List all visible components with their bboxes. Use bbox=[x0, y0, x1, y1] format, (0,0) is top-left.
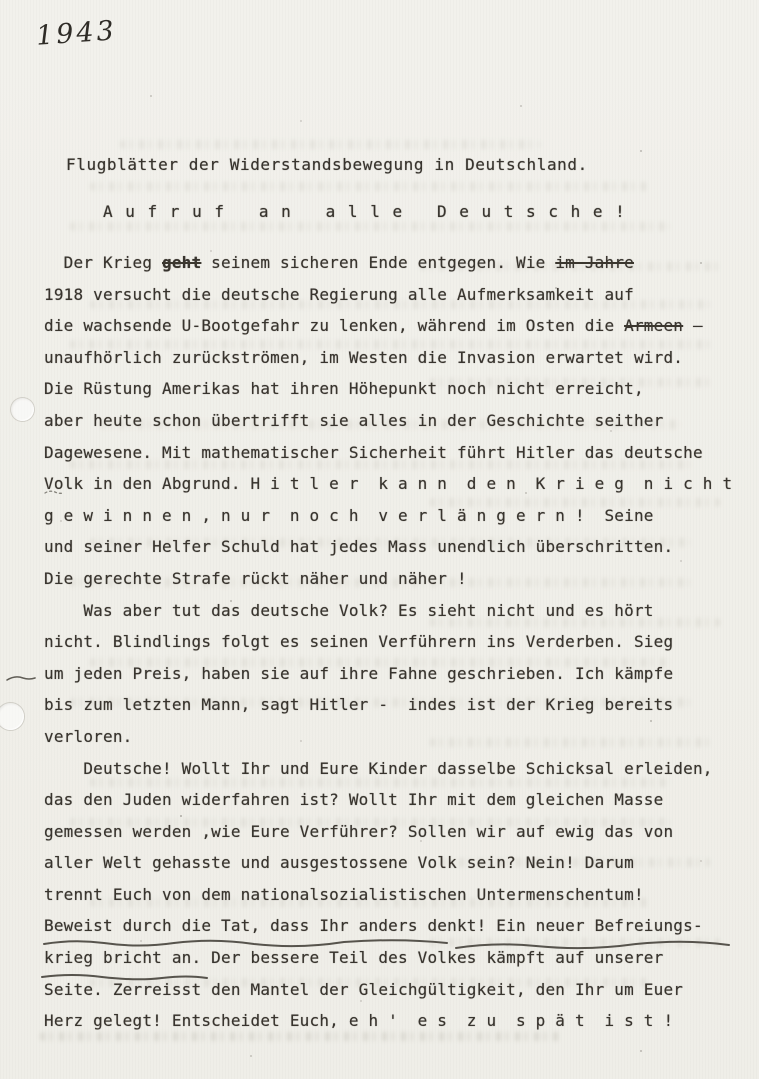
handwritten-year-note: 1943 bbox=[35, 15, 118, 52]
text-segment: gemessen werden ,wie Eure Verführer? Sol… bbox=[44, 822, 673, 841]
paper-speck bbox=[180, 815, 182, 817]
paper-speck bbox=[525, 492, 527, 494]
text-segment: Was aber tut das deutsche Volk? Es sieht… bbox=[44, 601, 654, 620]
document-line: das den Juden widerfahren ist? Wollt Ihr… bbox=[44, 784, 744, 816]
text-segment: Die gerechte Strafe rückt näher und nähe… bbox=[44, 569, 467, 588]
text-segment: und seiner Helfer Schuld hat jedes Mass … bbox=[44, 537, 673, 556]
text-segment: Beweist durch die Tat, dass Ihr anders d… bbox=[44, 916, 703, 935]
document-line: g e w i n n e n , n u r n o c h v e r l … bbox=[44, 500, 744, 532]
document-line: 1918 versucht die deutsche Regierung all… bbox=[44, 279, 744, 311]
document-line: unaufhörlich zurückströmen, im Westen di… bbox=[44, 342, 744, 374]
paper-speck bbox=[360, 1000, 362, 1002]
text-segment: bis zum letzten Mann, sagt Hitler - inde… bbox=[44, 695, 673, 714]
paper-speck bbox=[300, 740, 302, 742]
paper-speck bbox=[700, 262, 702, 264]
text-segment: Deutsche! Wollt Ihr und Eure Kinder dass… bbox=[44, 759, 713, 778]
text-segment: Herz gelegt! Entscheidet Euch, e h ' e s… bbox=[44, 1011, 673, 1030]
document-line: aller Welt gehasste und ausgestossene Vo… bbox=[44, 847, 744, 879]
paper-speck bbox=[700, 860, 702, 862]
paper-speck bbox=[460, 640, 462, 642]
document-line: Deutsche! Wollt Ihr und Eure Kinder dass… bbox=[44, 753, 744, 785]
text-segment: 1918 versucht die deutsche Regierung all… bbox=[44, 285, 634, 304]
text-segment: verloren. bbox=[44, 727, 133, 746]
document-line: und seiner Helfer Schuld hat jedes Mass … bbox=[44, 531, 744, 563]
document-line: Die gerechte Strafe rückt näher und nähe… bbox=[44, 563, 744, 595]
paper-speck bbox=[650, 720, 652, 722]
document-body: Der Krieg geht seinem sicheren Ende entg… bbox=[44, 247, 744, 1037]
bleedthrough-stripe bbox=[120, 140, 540, 149]
paper-speck bbox=[90, 700, 92, 702]
text-segment: Die Rüstung Amerikas hat ihren Höhepunkt… bbox=[44, 379, 644, 398]
scanned-leaflet-page: 1943 Flugblätter der Widerstandsbewegung… bbox=[0, 0, 759, 1079]
text-segment: Seite. Zerreisst den Mantel der Gleichgü… bbox=[44, 980, 683, 999]
paper-speck bbox=[120, 415, 122, 417]
paper-speck bbox=[150, 95, 152, 97]
text-segment: seinem sicheren Ende entgegen. Wie bbox=[201, 253, 555, 272]
document-line: nicht. Blindlings folgt es seinen Verfüh… bbox=[44, 626, 744, 658]
paper-speck bbox=[560, 1020, 562, 1022]
document-line: bis zum letzten Mann, sagt Hitler - inde… bbox=[44, 689, 744, 721]
document-line: krieg bricht an. Der bessere Teil des Vo… bbox=[44, 942, 744, 974]
paper-speck bbox=[420, 840, 422, 842]
text-segment: unaufhörlich zurückströmen, im Westen di… bbox=[44, 348, 683, 367]
text-segment: – bbox=[683, 316, 703, 335]
bleedthrough-stripe bbox=[90, 182, 650, 191]
punch-hole-bottom bbox=[0, 703, 24, 730]
paper-speck bbox=[250, 1055, 252, 1057]
document-line: um jeden Preis, haben sie auf ihre Fahne… bbox=[44, 658, 744, 690]
document-title: Flugblätter der Widerstandsbewegung in D… bbox=[66, 155, 588, 174]
document-line: verloren. bbox=[44, 721, 744, 753]
document-line: trennt Euch von dem nationalsozialistisc… bbox=[44, 879, 744, 911]
struck-word: Armeen bbox=[624, 316, 683, 335]
document-heading: A u f r u f a n a l l e D e u t s c h e … bbox=[103, 202, 626, 221]
paper-speck bbox=[230, 600, 232, 602]
text-segment: nicht. Blindlings folgt es seinen Verfüh… bbox=[44, 632, 673, 651]
document-line: Was aber tut das deutsche Volk? Es sieht… bbox=[44, 595, 744, 627]
document-line: Der Krieg geht seinem sicheren Ende entg… bbox=[44, 247, 744, 279]
paper-speck bbox=[350, 455, 352, 457]
document-line: Seite. Zerreisst den Mantel der Gleichgü… bbox=[44, 974, 744, 1006]
text-segment: trennt Euch von dem nationalsozialistisc… bbox=[44, 885, 644, 904]
text-segment: g e w i n n e n , n u r n o c h v e r l … bbox=[44, 506, 654, 525]
paper-speck bbox=[640, 1050, 642, 1052]
margin-pen-dash bbox=[7, 677, 35, 680]
document-line: gemessen werden ,wie Eure Verführer? Sol… bbox=[44, 816, 744, 848]
bleedthrough-stripe bbox=[70, 222, 670, 231]
paper-speck bbox=[300, 120, 302, 122]
document-line: die wachsende U-Bootgefahr zu lenken, wä… bbox=[44, 310, 744, 342]
text-segment: das den Juden widerfahren ist? Wollt Ihr… bbox=[44, 790, 663, 809]
paper-speck bbox=[140, 940, 142, 942]
document-line: Die Rüstung Amerikas hat ihren Höhepunkt… bbox=[44, 373, 744, 405]
document-line: aber heute schon übertrifft sie alles in… bbox=[44, 405, 744, 437]
paper-speck bbox=[60, 520, 62, 522]
text-segment: Dagewesene. Mit mathematischer Sicherhei… bbox=[44, 443, 703, 462]
text-segment: krieg bricht an. Der bessere Teil des Vo… bbox=[44, 948, 663, 967]
paper-speck bbox=[210, 250, 212, 252]
paper-speck bbox=[610, 430, 612, 432]
document-line: Dagewesene. Mit mathematischer Sicherhei… bbox=[44, 437, 744, 469]
text-segment: Der Krieg bbox=[44, 253, 162, 272]
paper-speck bbox=[680, 560, 682, 562]
paper-speck bbox=[640, 150, 642, 152]
document-line: Beweist durch die Tat, dass Ihr anders d… bbox=[44, 910, 744, 942]
paper-speck bbox=[520, 105, 522, 107]
punch-hole-top bbox=[11, 398, 34, 421]
text-segment: um jeden Preis, haben sie auf ihre Fahne… bbox=[44, 664, 673, 683]
text-segment: die wachsende U-Bootgefahr zu lenken, wä… bbox=[44, 316, 624, 335]
text-segment: Volk in den Abgrund. H i t l e r k a n n… bbox=[44, 474, 732, 493]
text-segment: aller Welt gehasste und ausgestossene Vo… bbox=[44, 853, 634, 872]
text-segment: aber heute schon übertrifft sie alles in… bbox=[44, 411, 663, 430]
paper-speck bbox=[555, 287, 557, 289]
document-line: Herz gelegt! Entscheidet Euch, e h ' e s… bbox=[44, 1005, 744, 1037]
document-line: Volk in den Abgrund. H i t l e r k a n n… bbox=[44, 468, 744, 500]
struck-word: geht bbox=[162, 253, 201, 272]
struck-word: im Jahre bbox=[555, 253, 634, 272]
